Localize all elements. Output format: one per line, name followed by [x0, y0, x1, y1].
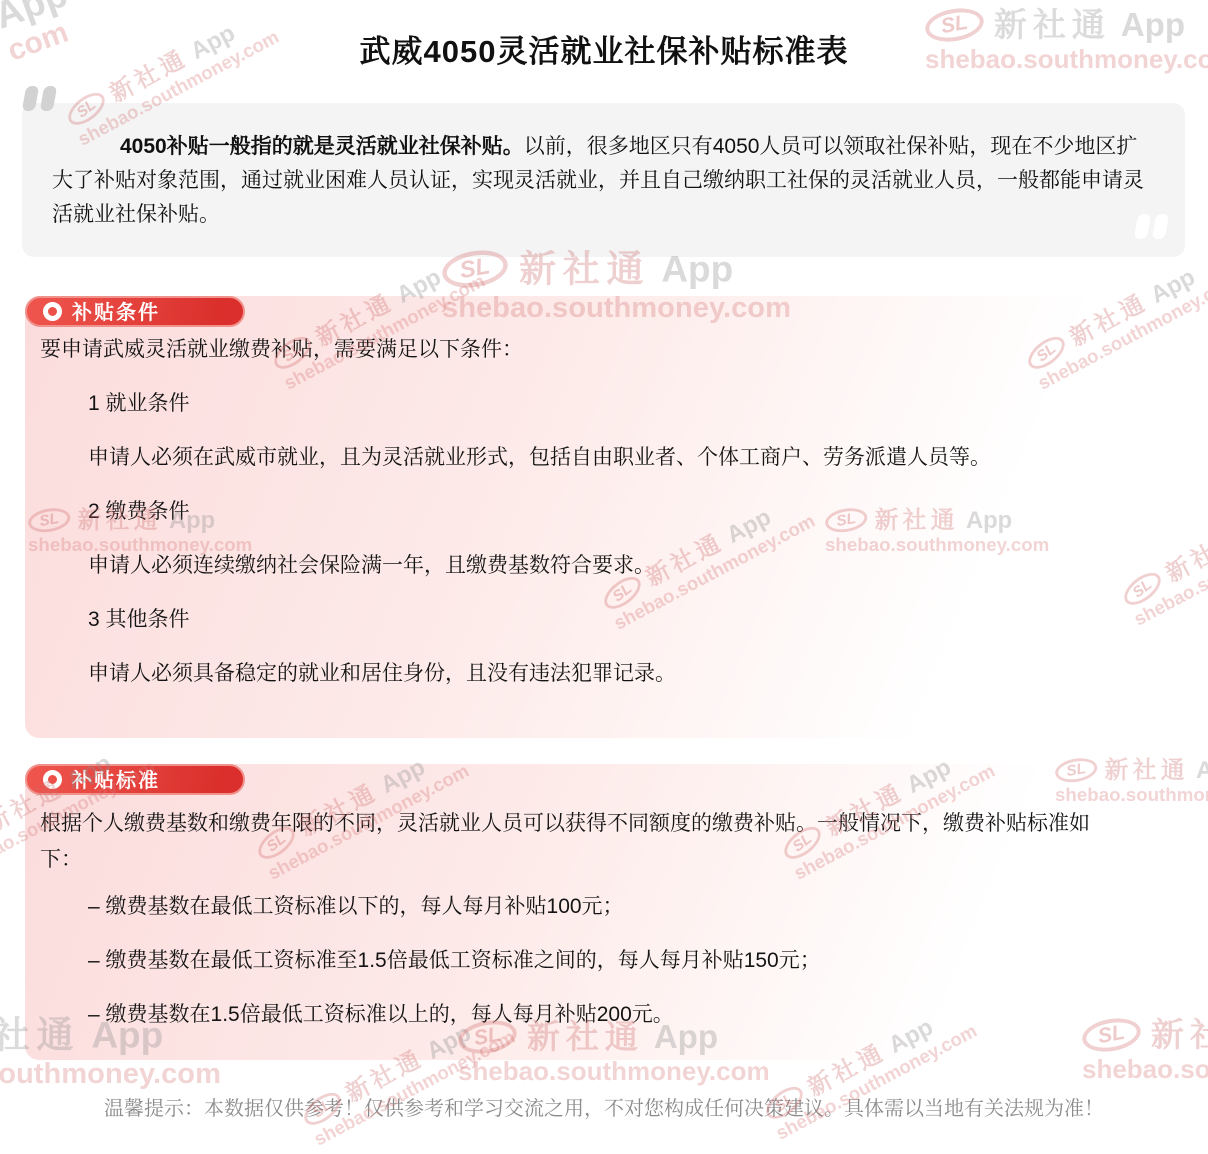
standard-bullet-1: – 缴费基数在最低工资标准以下的，每人每月补贴100元；	[88, 890, 624, 924]
intro-quote-box: 4050补贴一般指的就是灵活就业社保补贴。以前，很多地区只有4050人员可以领取…	[22, 103, 1185, 257]
standard-bullet-2: – 缴费基数在最低工资标准至1.5倍最低工资标准之间的，每人每月补贴150元；	[88, 944, 821, 978]
condition-3-body: 申请人必须具备稳定的就业和居住身份，且没有违法犯罪记录。	[88, 657, 676, 691]
open-quote-icon	[24, 86, 55, 111]
condition-1-heading: 1 就业条件	[88, 387, 190, 421]
section-subsidy-standard: 补贴标准 根据个人缴费基数和缴费年限的不同，灵活就业人员可以获得不同额度的缴费补…	[25, 764, 1183, 1060]
close-quote-icon	[1136, 214, 1167, 239]
condition-1-body: 申请人必须在武威市就业，且为灵活就业形式，包括自由职业者、个体工商户、劳务派遣人…	[88, 441, 991, 475]
watermark-app-text: App	[1196, 758, 1208, 783]
disclaimer-text: 温馨提示：本数据仅供参考！仅供参考和学习交流之用，不对您构成任何决策建议。具体需…	[0, 1092, 1208, 1121]
section-conditions-header: 补贴条件	[25, 296, 245, 327]
condition-3-heading: 3 其他条件	[88, 603, 190, 637]
watermark-domain-text: shebao.southmoney.com	[0, 1058, 221, 1089]
conditions-lead-text: 要申请武威灵活就业缴费补贴，需要满足以下条件：	[40, 333, 523, 367]
section-conditions-label: 补贴条件	[72, 296, 160, 325]
intro-bold-text: 4050补贴一般指的就是灵活就业社保补贴。	[120, 135, 524, 158]
standard-lead-text: 根据个人缴费基数和缴费年限的不同，灵活就业人员可以获得不同额度的缴费补贴。一般情…	[40, 806, 1130, 878]
ring-bullet-icon	[43, 770, 62, 789]
section-standard-header: 补贴标准	[25, 764, 245, 795]
condition-2-heading: 2 缴费条件	[88, 495, 190, 529]
condition-2-body: 申请人必须连续缴纳社会保险满一年，且缴费基数符合要求。	[88, 549, 655, 583]
intro-paragraph: 4050补贴一般指的就是灵活就业社保补贴。以前，很多地区只有4050人员可以领取…	[52, 130, 1155, 232]
page: 武威4050灵活就业社保补贴标准表 4050补贴一般指的就是灵活就业社保补贴。以…	[0, 0, 1208, 1154]
section-standard-label: 补贴标准	[72, 764, 160, 793]
page-title: 武威4050灵活就业社保补贴标准表	[0, 26, 1208, 71]
section-subsidy-conditions: 补贴条件 要申请武威灵活就业缴费补贴，需要满足以下条件： 1 就业条件 申请人必…	[25, 296, 1183, 738]
standard-bullet-3: – 缴费基数在1.5倍最低工资标准以上的，每人每月补贴200元。	[88, 998, 674, 1032]
watermark-domain-text: shebao.southmoney.com	[458, 1058, 770, 1085]
ring-bullet-icon	[43, 302, 62, 321]
